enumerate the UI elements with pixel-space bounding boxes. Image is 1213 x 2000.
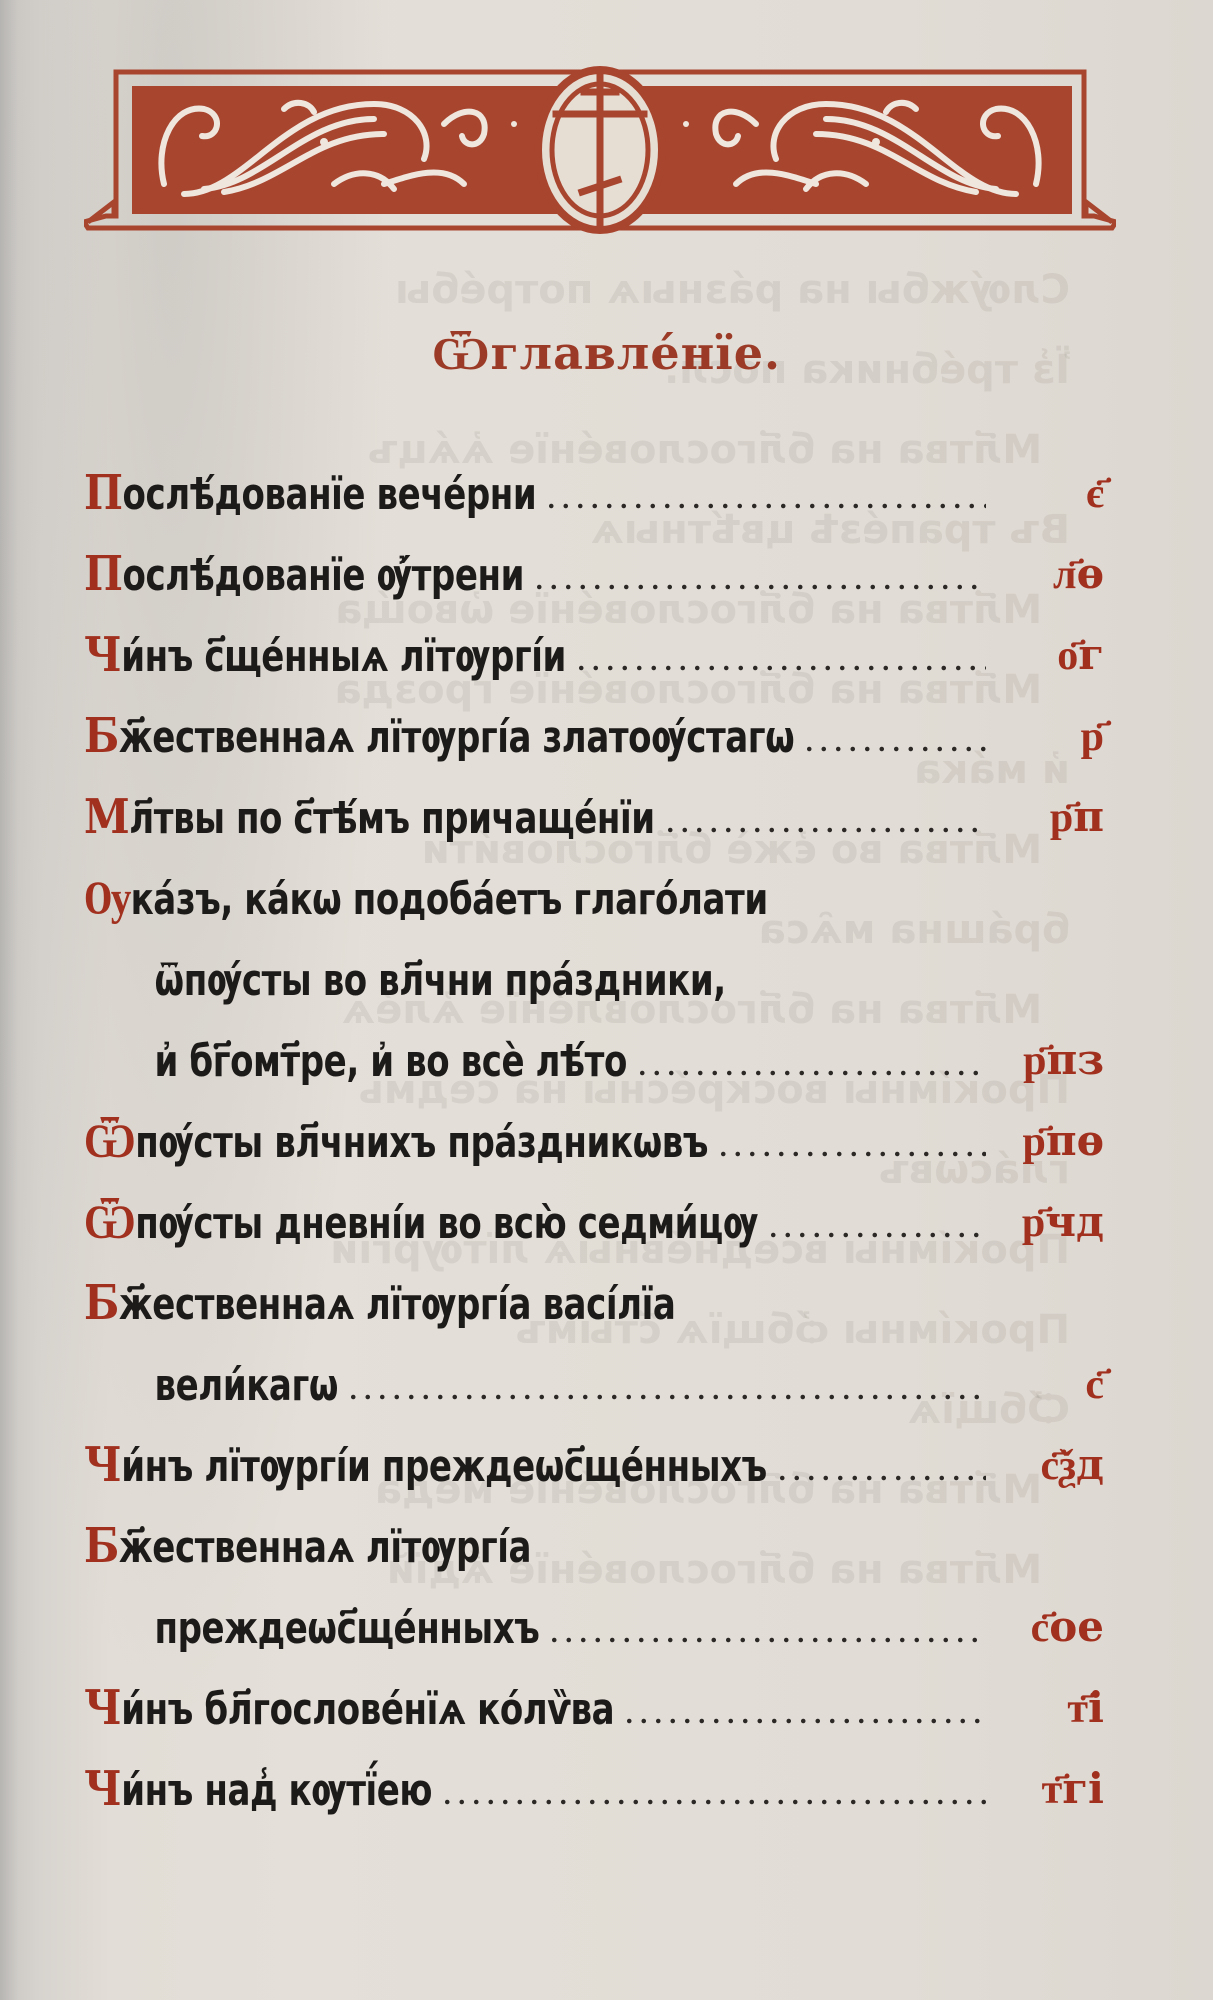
toc-entry[interactable]: Послѣ́дованїе вече́рниє҃ bbox=[84, 452, 1104, 533]
toc-entry-title: Чи́нъ лїтѹргі́и преждеѡс҃ще́нныхъ bbox=[84, 1437, 767, 1493]
toc-entry-title: Мл҃твы по с҃тѣ́мъ причаще́нїи bbox=[84, 789, 655, 845]
page-number-value: о҃г bbox=[1057, 630, 1104, 679]
dot-leader bbox=[544, 503, 986, 509]
foliate-ornament-icon bbox=[84, 64, 1116, 234]
toc-entry-text: ка́зъ, ка́кѡ подоба́етъ глаго́лати bbox=[131, 874, 768, 925]
dot-leader bbox=[547, 1637, 986, 1643]
toc-entry[interactable]: Чи́нъ бл҃гослове́нїѧ ко́лѷват҃і bbox=[84, 1667, 1104, 1748]
toc-entry-title: Ѿпѹ́сты вл҃чнихъ пра́здникѡвъ bbox=[84, 1113, 708, 1169]
toc-entry[interactable]: вели́кагѡс҃ bbox=[84, 1343, 1104, 1424]
rubric-initial: П bbox=[84, 465, 123, 521]
toc-entry[interactable]: Ѿпѹ́сты дневні́и во всю̀ седми́цѹр҃чд bbox=[84, 1181, 1104, 1262]
toc-entry-title: Ѿпѹ́сты дневні́и во всю̀ седми́цѹ bbox=[84, 1194, 758, 1250]
rubric-initial: Ѿ bbox=[84, 1113, 135, 1169]
page-number-value: с҃ bbox=[1085, 1359, 1104, 1408]
toc-entry-text: ѿпѹ́сты во вл҃чни пра́здники, bbox=[155, 955, 726, 1006]
dot-leader bbox=[766, 1232, 986, 1238]
page-number: с҃ѯд bbox=[1040, 1440, 1104, 1490]
page-number-value: р҃чд bbox=[1022, 1197, 1104, 1246]
toc-entry-text: и́нъ лїтѹргі́и преждеѡс҃ще́нныхъ bbox=[121, 1441, 766, 1492]
toc-entry-text: л҃твы по с҃тѣ́мъ причаще́нїи bbox=[129, 793, 654, 844]
page-number: т҃і bbox=[1067, 1683, 1104, 1733]
toc-entry[interactable]: Ѿпѹ́сты вл҃чнихъ пра́здникѡвър҃пѳ bbox=[84, 1100, 1104, 1181]
page-number: р҃чд bbox=[1022, 1197, 1104, 1247]
toc-entry-title: Бж҃ественнаѧ лїтѹргі́а васі́лїа bbox=[84, 1275, 675, 1331]
rubric-initial: Б bbox=[84, 1518, 119, 1574]
toc-entry-title: Чи́нъ с҃ще́нныѧ лїтѹргі́и bbox=[84, 627, 566, 683]
page-number: р҃пз bbox=[1023, 1035, 1104, 1085]
toc-entry-title: и҆ бг҃омт҃ре, и҆ во всѐ лѣ́то bbox=[84, 1032, 627, 1088]
dot-leader bbox=[622, 1718, 986, 1724]
rubric-initial: Б bbox=[84, 1275, 119, 1331]
toc-entry-title: ѿпѹ́сты во вл҃чни пра́здники, bbox=[84, 951, 726, 1007]
toc-title: Ѿглавле́нїе. bbox=[0, 326, 1213, 380]
page-number-value: с҃ѯд bbox=[1040, 1440, 1104, 1489]
rubric-initial: М bbox=[84, 789, 129, 845]
page-number: т҃гі bbox=[1042, 1764, 1104, 1814]
page-number-value: р҃пз bbox=[1023, 1035, 1104, 1084]
page-number: р҃пѳ bbox=[1023, 1116, 1105, 1166]
rubric-initial: Ѿ bbox=[84, 1194, 135, 1250]
page-number-value: т҃гі bbox=[1042, 1764, 1104, 1813]
toc-entry[interactable]: ѿпѹ́сты во вл҃чни пра́здники, bbox=[84, 938, 1104, 1019]
toc-entry-title: Бж҃ественнаѧ лїтѹргі́а златоѹ́стагѡ bbox=[84, 708, 794, 764]
toc-entry-text: и́нъ с҃ще́нныѧ лїтѹргі́и bbox=[121, 631, 566, 682]
dot-leader bbox=[346, 1394, 986, 1400]
toc-entry[interactable]: и҆ бг҃омт҃ре, и҆ во всѐ лѣ́тор҃пз bbox=[84, 1019, 1104, 1100]
table-of-contents: Послѣ́дованїе вече́рниє҃Послѣ́дованїе ѹ҆… bbox=[84, 452, 1104, 1829]
toc-entry-title: Послѣ́дованїе вече́рни bbox=[84, 465, 536, 521]
rubric-initial: Ч bbox=[84, 1761, 121, 1817]
dot-leader bbox=[440, 1799, 986, 1805]
toc-entry-text: пѹ́сты дневні́и во всю̀ седми́цѹ bbox=[135, 1198, 758, 1249]
toc-entry[interactable]: Бж҃ественнаѧ лїтѹргі́а васі́лїа bbox=[84, 1262, 1104, 1343]
dot-leader bbox=[635, 1070, 986, 1076]
page-number: л҃ѳ bbox=[1053, 549, 1104, 599]
toc-entry-title: Ѹка́зъ, ка́кѡ подоба́етъ глаго́лати bbox=[84, 870, 768, 926]
toc-entry[interactable]: Бж҃ественнаѧ лїтѹргі́а bbox=[84, 1505, 1104, 1586]
page-number: р҃п bbox=[1050, 792, 1104, 842]
toc-entry[interactable]: Послѣ́дованїе ѹ҆́тренил҃ѳ bbox=[84, 533, 1104, 614]
toc-entry-text: пѹ́сты вл҃чнихъ пра́здникѡвъ bbox=[135, 1117, 708, 1168]
page-number-value: с҃ое bbox=[1031, 1602, 1104, 1651]
toc-entry-text: ослѣ́дованїе ѹ҆́трени bbox=[123, 550, 524, 601]
toc-entry-title: Бж҃ественнаѧ лїтѹргі́а bbox=[84, 1518, 531, 1574]
toc-entry-text: ж҃ественнаѧ лїтѹргі́а васі́лїа bbox=[119, 1279, 676, 1330]
toc-entry-text: преждеѡс҃ще́нныхъ bbox=[155, 1603, 540, 1654]
toc-entry-text: ж҃ественнаѧ лїтѹргі́а bbox=[119, 1522, 531, 1573]
rubric-initial: Б bbox=[84, 708, 119, 764]
rubric-initial: Ч bbox=[84, 627, 121, 683]
rubric-initial: Ч bbox=[84, 1680, 121, 1736]
toc-entry[interactable]: Чи́нъ над̾ кѹтї́еют҃гі bbox=[84, 1748, 1104, 1829]
toc-entry-title: преждеѡс҃ще́нныхъ bbox=[84, 1599, 539, 1655]
toc-entry-text: вели́кагѡ bbox=[155, 1360, 338, 1411]
toc-entry-text: и́нъ над̾ кѹтї́ею bbox=[121, 1765, 432, 1816]
dot-leader bbox=[574, 665, 986, 671]
page-number-value: р҃ bbox=[1081, 711, 1104, 760]
page-number-value: т҃і bbox=[1067, 1683, 1104, 1732]
decorative-headpiece bbox=[84, 64, 1116, 234]
toc-entry-text: ж҃ественнаѧ лїтѹргі́а златоѹ́стагѡ bbox=[119, 712, 795, 763]
dot-leader bbox=[716, 1151, 986, 1157]
toc-entry-title: вели́кагѡ bbox=[84, 1356, 338, 1412]
toc-entry[interactable]: Бж҃ественнаѧ лїтѹргі́а златоѹ́стагѡр҃ bbox=[84, 695, 1104, 776]
page-number: с҃ое bbox=[1031, 1602, 1104, 1652]
rubric-initial: Ч bbox=[84, 1437, 121, 1493]
toc-entry-text: и҆ бг҃омт҃ре, и҆ во всѐ лѣ́то bbox=[155, 1036, 627, 1087]
page-number: с҃ bbox=[1085, 1359, 1104, 1409]
page-number-value: л҃ѳ bbox=[1053, 549, 1104, 598]
toc-entry[interactable]: Мл҃твы по с҃тѣ́мъ причаще́нїир҃п bbox=[84, 776, 1104, 857]
dot-leader bbox=[663, 827, 986, 833]
toc-entry-title: Чи́нъ над̾ кѹтї́ею bbox=[84, 1761, 432, 1817]
toc-entry-title: Послѣ́дованїе ѹ҆́трени bbox=[84, 546, 524, 602]
page-number: є҃ bbox=[1086, 468, 1104, 518]
rubric-initial: Ѹ bbox=[84, 870, 131, 926]
page-number-value: є҃ bbox=[1086, 468, 1104, 517]
page-number-value: р҃п bbox=[1050, 792, 1104, 841]
dot-leader bbox=[775, 1475, 986, 1481]
page-number-value: р҃пѳ bbox=[1023, 1116, 1105, 1165]
toc-entry[interactable]: Чи́нъ с҃ще́нныѧ лїтѹргі́ио҃г bbox=[84, 614, 1104, 695]
dot-leader bbox=[802, 746, 986, 752]
toc-entry[interactable]: Ѹка́зъ, ка́кѡ подоба́етъ глаго́лати bbox=[84, 857, 1104, 938]
toc-entry[interactable]: преждеѡс҃ще́нныхъс҃ое bbox=[84, 1586, 1104, 1667]
toc-entry-title: Чи́нъ бл҃гослове́нїѧ ко́лѷва bbox=[84, 1680, 614, 1736]
toc-entry-text: и́нъ бл҃гослове́нїѧ ко́лѷва bbox=[121, 1684, 614, 1735]
dot-leader bbox=[532, 584, 986, 590]
rubric-initial: П bbox=[84, 546, 123, 602]
page-number: р҃ bbox=[1081, 711, 1104, 761]
toc-entry[interactable]: Чи́нъ лїтѹргі́и преждеѡс҃ще́нныхъс҃ѯд bbox=[84, 1424, 1104, 1505]
toc-entry-text: ослѣ́дованїе вече́рни bbox=[123, 469, 537, 520]
page-number: о҃г bbox=[1057, 630, 1104, 680]
